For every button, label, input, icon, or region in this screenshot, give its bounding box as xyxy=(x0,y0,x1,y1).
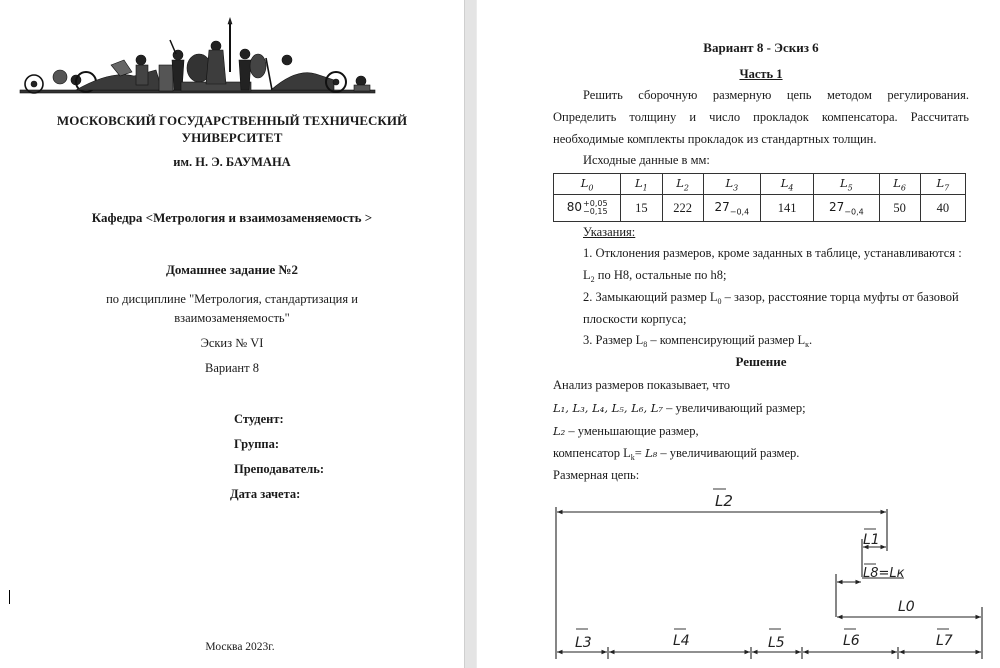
compensator-line: компенсатор Lk= L₈ – увеличивающий разме… xyxy=(553,446,799,462)
label-L7: L7 xyxy=(936,629,953,649)
student-field-label: Студент: xyxy=(234,412,284,427)
solution-title: Решение xyxy=(553,354,969,370)
task-line-1: Решить сборочную размерную цепь методом … xyxy=(553,84,969,106)
label-L1: L1 xyxy=(863,529,880,548)
label-L6: L6 xyxy=(843,629,860,649)
table-cell: 40 xyxy=(920,195,965,222)
math-symbols: L₂ xyxy=(553,424,565,438)
text-cursor xyxy=(9,590,10,604)
analysis-intro: Анализ размеров показывает, что xyxy=(553,378,730,393)
decreasing-links: L₂ – уменьшающие размер, xyxy=(553,424,699,439)
label-L5: L5 xyxy=(768,629,785,651)
math-symbol: L₈ xyxy=(645,446,657,460)
task-line-2: Определить толщину и число прокладок ком… xyxy=(553,106,969,128)
variant-title: Вариант 8 - Эскиз 6 xyxy=(553,40,969,56)
svg-text:L5: L5 xyxy=(768,635,785,651)
table-cell: 27−0,4 xyxy=(703,195,760,222)
instruction-2-line1: 2. Замыкающий размер L0 – зазор, расстоя… xyxy=(583,290,959,306)
instruction-2-line2: плоскости корпуса; xyxy=(583,312,686,327)
text: 2. Замыкающий размер L xyxy=(583,290,718,304)
table-header-cell: L4 xyxy=(760,174,813,195)
table-header-cell: L2 xyxy=(662,174,703,195)
svg-text:L3: L3 xyxy=(575,635,592,651)
symbol: L xyxy=(583,268,591,282)
table-cell: 141 xyxy=(760,195,813,222)
date-field-label: Дата зачета: xyxy=(230,487,300,502)
discipline-line2: взаимозаменяемость" xyxy=(0,311,464,326)
instruction-1-line2: L2 по H8, остальные по h8; xyxy=(583,268,726,284)
variant-number: Вариант 8 xyxy=(0,361,464,376)
page-gutter xyxy=(464,0,477,668)
table-header-cell: L3 xyxy=(703,174,760,195)
text: 3. Размер L xyxy=(583,333,643,347)
svg-text:L8=Lк: L8=Lк xyxy=(863,566,905,581)
table-row: 80+0,05−0,151522227−0,414127−0,45040 xyxy=(554,195,966,222)
text: – зазор, расстояние торца муфты от базов… xyxy=(722,290,959,304)
university-name-line2: УНИВЕРСИТЕТ xyxy=(0,130,464,146)
instruction-3: 3. Размер L8 – компенсирующий размер Lк. xyxy=(583,333,812,349)
label-L0: L0 xyxy=(898,599,915,615)
sketch-number: Эскиз № VI xyxy=(0,336,464,351)
label-L3: L3 xyxy=(575,629,592,651)
teacher-field-label: Преподаватель: xyxy=(234,462,324,477)
input-data-table: L0L1L2L3L4L5L6L7 80+0,05−0,151522227−0,4… xyxy=(553,173,966,222)
label-L2: L2 xyxy=(713,489,733,510)
bmstu-emblem-icon xyxy=(16,10,376,98)
table-header-row: L0L1L2L3L4L5L6L7 xyxy=(554,174,966,195)
table-header-cell: L0 xyxy=(554,174,621,195)
svg-text:L0: L0 xyxy=(898,599,915,615)
assignment-title: Домашнее задание №2 xyxy=(0,262,464,278)
named-after: им. Н. Э. БАУМАНА xyxy=(0,155,464,170)
text: компенсатор L xyxy=(553,446,631,460)
label-L4: L4 xyxy=(673,629,690,649)
svg-text:L4: L4 xyxy=(673,633,690,649)
department: Кафедра <Метрология и взаимозаменяемость… xyxy=(0,210,464,226)
instruction-1-line1: 1. Отклонения размеров, кроме заданных в… xyxy=(583,246,962,261)
text: – компенсирующий размер L xyxy=(647,333,805,347)
svg-text:L6: L6 xyxy=(843,633,860,649)
input-data-label: Исходные данные в мм: xyxy=(583,153,710,168)
chain-label: Размерная цепь: xyxy=(553,468,639,483)
table-cell: 80+0,05−0,15 xyxy=(554,195,621,222)
task-description: Решить сборочную размерную цепь методом … xyxy=(553,84,969,150)
group-field-label: Группа: xyxy=(234,437,279,452)
table-cell: 15 xyxy=(621,195,662,222)
text: по H8, остальные по h8; xyxy=(595,268,727,282)
university-name-line1: МОСКОВСКИЙ ГОСУДАРСТВЕННЫЙ ТЕХНИЧЕСКИЙ xyxy=(0,113,464,129)
discipline-line1: по дисциплине "Метрология, стандартизаци… xyxy=(0,292,464,307)
increasing-links: L₁, L₃, L₄, L₅, L₆, L₇ – увеличивающий р… xyxy=(553,401,806,416)
text: – увеличивающий размер; xyxy=(663,401,806,415)
instructions-title: Указания: xyxy=(583,225,635,240)
dimension-chain-diagram: L2 L1 L8=Lк L0 L3 L4 L5 L6 L7 xyxy=(548,487,998,668)
part-title: Часть 1 xyxy=(553,67,969,82)
text: – увеличивающий размер. xyxy=(657,446,799,460)
table-header-cell: L6 xyxy=(879,174,920,195)
math-symbols: L₁, L₃, L₄, L₅, L₆, L₇ xyxy=(553,401,663,415)
label-L8: L8=Lк xyxy=(863,564,905,581)
svg-text:L7: L7 xyxy=(936,633,953,649)
table-header-cell: L5 xyxy=(814,174,879,195)
task-line-3: необходимые комплекты прокладок из станд… xyxy=(553,128,969,150)
table-cell: 50 xyxy=(879,195,920,222)
title-page: МОСКОВСКИЙ ГОСУДАРСТВЕННЫЙ ТЕХНИЧЕСКИЙ У… xyxy=(0,0,464,668)
text: – уменьшающие размер, xyxy=(565,424,698,438)
table-cell: 222 xyxy=(662,195,703,222)
table-header-cell: L7 xyxy=(920,174,965,195)
table-header-cell: L1 xyxy=(621,174,662,195)
svg-text:L2: L2 xyxy=(715,492,733,510)
svg-text:L1: L1 xyxy=(863,532,880,548)
text: = xyxy=(635,446,645,460)
text: . xyxy=(809,333,812,347)
footer-city-year: Москва 2023г. xyxy=(0,641,480,653)
table-cell: 27−0,4 xyxy=(814,195,879,222)
